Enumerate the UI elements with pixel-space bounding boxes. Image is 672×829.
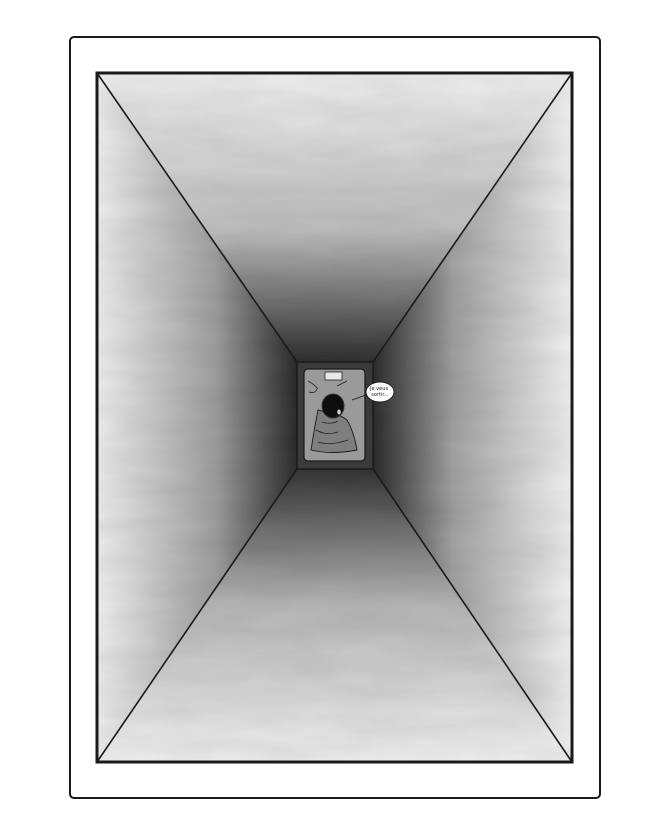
- svg-text:Je veux sortir...: Je veux sortir...: [369, 386, 390, 398]
- comic-page: Je veux sortir...: [0, 0, 672, 829]
- dark-hole: [322, 394, 344, 418]
- light-plate: [325, 372, 342, 380]
- speech-line-2: sortir...: [371, 392, 389, 398]
- figure-recess: [304, 369, 365, 461]
